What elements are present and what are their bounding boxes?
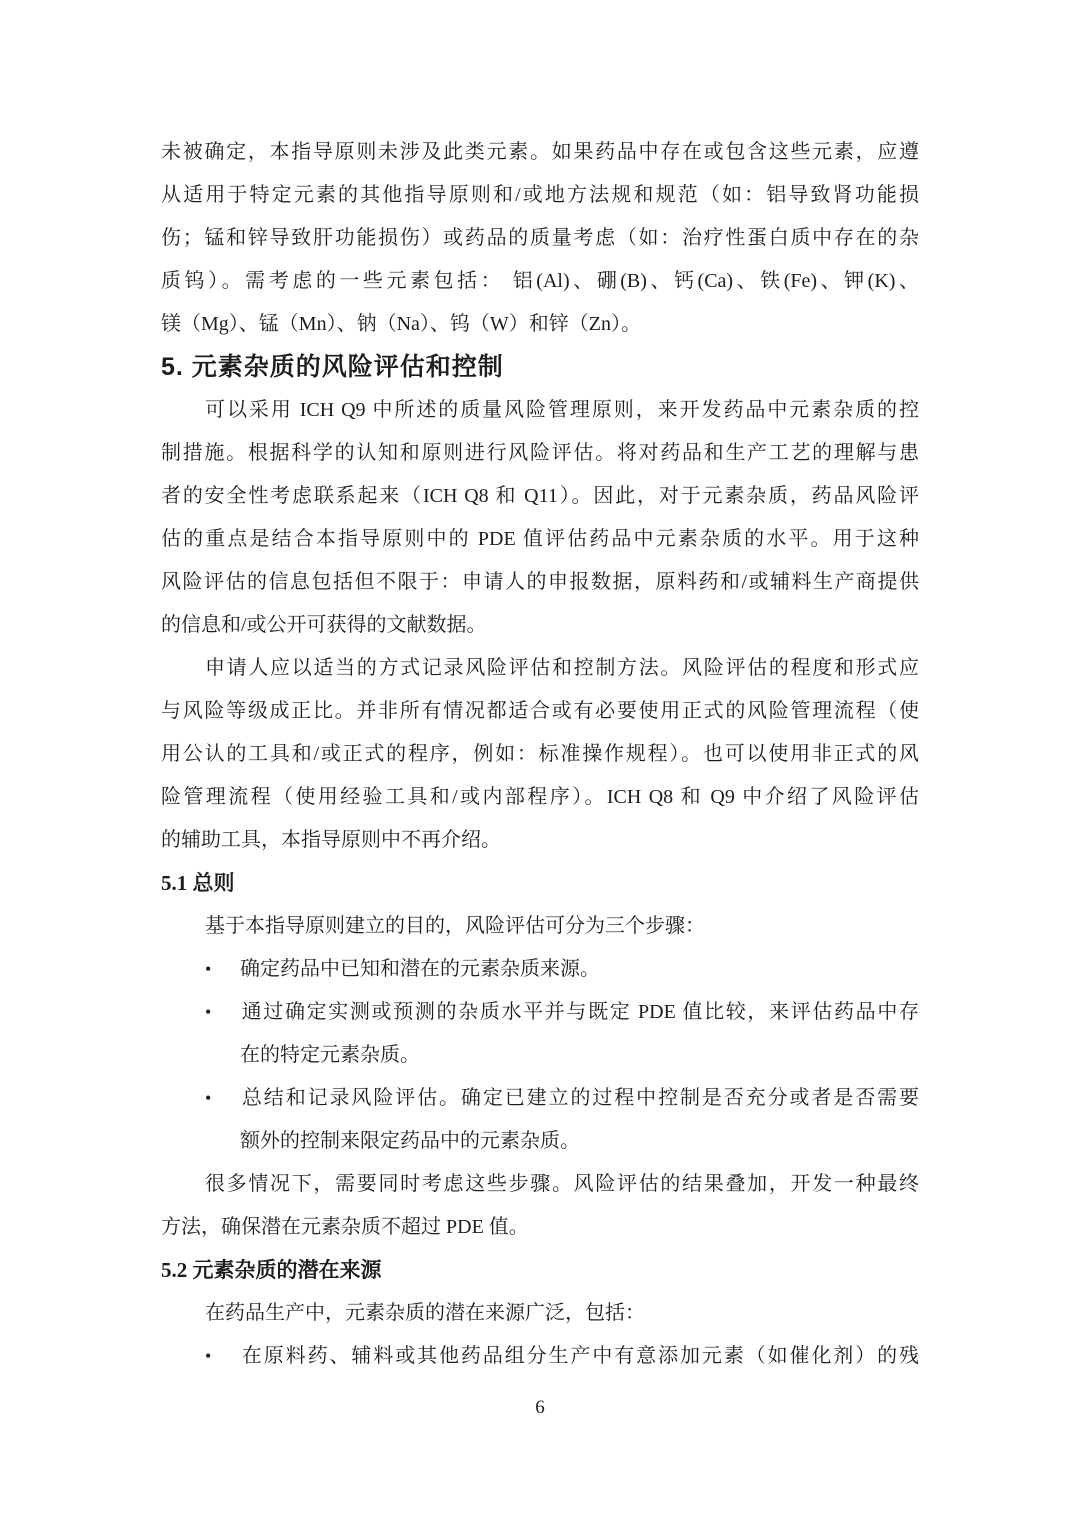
bullet-text-continuation: 额外的控制来限定药品中的元素杂质。 <box>161 1120 919 1163</box>
bullet-text: 在原料药、辅料或其他药品组分生产中有意添加元素（如催化剂）的残 <box>240 1345 919 1367</box>
paragraph-line: 从适用于特定元素的其他指导原则和/或地方法规和规范（如：铝导致肾功能损 <box>161 174 919 217</box>
paragraph-line: 风险评估的信息包括但不限于：申请人的申报数据，原料药和/或辅料生产商提供 <box>161 561 919 604</box>
section-5-1-heading: 5.1 总则 <box>161 862 919 905</box>
bullet-item: •在原料药、辅料或其他药品组分生产中有意添加元素（如催化剂）的残 <box>161 1335 919 1378</box>
paragraph-line: 镁（Mg）、锰（Mn）、钠（Na）、钨（W）和锌（Zn）。 <box>161 303 919 346</box>
paragraph-line: 质钨）。需考虑的一些元素包括： 铝(Al)、硼(B)、钙(Ca)、铁(Fe)、钾… <box>161 260 919 303</box>
section-5-2-heading: 5.2 元素杂质的潜在来源 <box>161 1249 919 1292</box>
bullet-text-continuation: 在的特定元素杂质。 <box>161 1034 919 1077</box>
paragraph-line: 在药品生产中，元素杂质的潜在来源广泛，包括： <box>161 1292 919 1335</box>
paragraph-line: 申请人应以适当的方式记录风险评估和控制方法。风险评估的程度和形式应 <box>161 647 919 690</box>
bullet-text: 确定药品中已知和潜在的元素杂质来源。 <box>240 958 600 980</box>
paragraph-line: 险管理流程（使用经验工具和/或内部程序）。ICH Q8 和 Q9 中介绍了风险评… <box>161 776 919 819</box>
paragraph-line: 的信息和/或公开可获得的文献数据。 <box>161 604 919 647</box>
paragraph-line: 方法，确保潜在元素杂质不超过 PDE 值。 <box>161 1206 919 1249</box>
page-number: 6 <box>0 1386 1080 1429</box>
bullet-icon: • <box>205 1335 240 1378</box>
paragraph-line: 与风险等级成正比。并非所有情况都适合或有必要使用正式的风险管理流程（使 <box>161 690 919 733</box>
paragraph-line: 者的安全性考虑联系起来（ICH Q8 和 Q11）。因此，对于元素杂质，药品风险… <box>161 475 919 518</box>
bullet-item: •通过确定实测或预测的杂质水平并与既定 PDE 值比较，来评估药品中存 <box>161 991 919 1034</box>
document-page: 未被确定，本指导原则未涉及此类元素。如果药品中存在或包含这些元素，应遵 从适用于… <box>0 0 1080 1527</box>
bullet-icon: • <box>205 1077 240 1120</box>
paragraph-line: 伤；锰和锌导致肝功能损伤）或药品的质量考虑（如：治疗性蛋白质中存在的杂 <box>161 217 919 260</box>
paragraph-line: 可以采用 ICH Q9 中所述的质量风险管理原则，来开发药品中元素杂质的控 <box>161 389 919 432</box>
section-5-heading: 5. 元素杂质的风险评估和控制 <box>161 346 919 389</box>
bullet-item: •总结和记录风险评估。确定已建立的过程中控制是否充分或者是否需要 <box>161 1077 919 1120</box>
paragraph-line: 基于本指导原则建立的目的，风险评估可分为三个步骤： <box>161 905 919 948</box>
paragraph-line: 的辅助工具，本指导原则中不再介绍。 <box>161 819 919 862</box>
bullet-icon: • <box>205 991 240 1034</box>
bullet-icon: • <box>205 948 240 991</box>
bullet-text: 总结和记录风险评估。确定已建立的过程中控制是否充分或者是否需要 <box>240 1087 919 1109</box>
paragraph-line: 很多情况下，需要同时考虑这些步骤。风险评估的结果叠加，开发一种最终 <box>161 1163 919 1206</box>
paragraph-line: 未被确定，本指导原则未涉及此类元素。如果药品中存在或包含这些元素，应遵 <box>161 131 919 174</box>
bullet-item: •确定药品中已知和潜在的元素杂质来源。 <box>161 948 919 991</box>
bullet-text: 通过确定实测或预测的杂质水平并与既定 PDE 值比较，来评估药品中存 <box>240 1001 919 1023</box>
paragraph-line: 用公认的工具和/或正式的程序，例如：标准操作规程）。也可以使用非正式的风 <box>161 733 919 776</box>
document-body: 未被确定，本指导原则未涉及此类元素。如果药品中存在或包含这些元素，应遵 从适用于… <box>161 131 919 1378</box>
paragraph-line: 估的重点是结合本指导原则中的 PDE 值评估药品中元素杂质的水平。用于这种 <box>161 518 919 561</box>
paragraph-line: 制措施。根据科学的认知和原则进行风险评估。将对药品和生产工艺的理解与患 <box>161 432 919 475</box>
